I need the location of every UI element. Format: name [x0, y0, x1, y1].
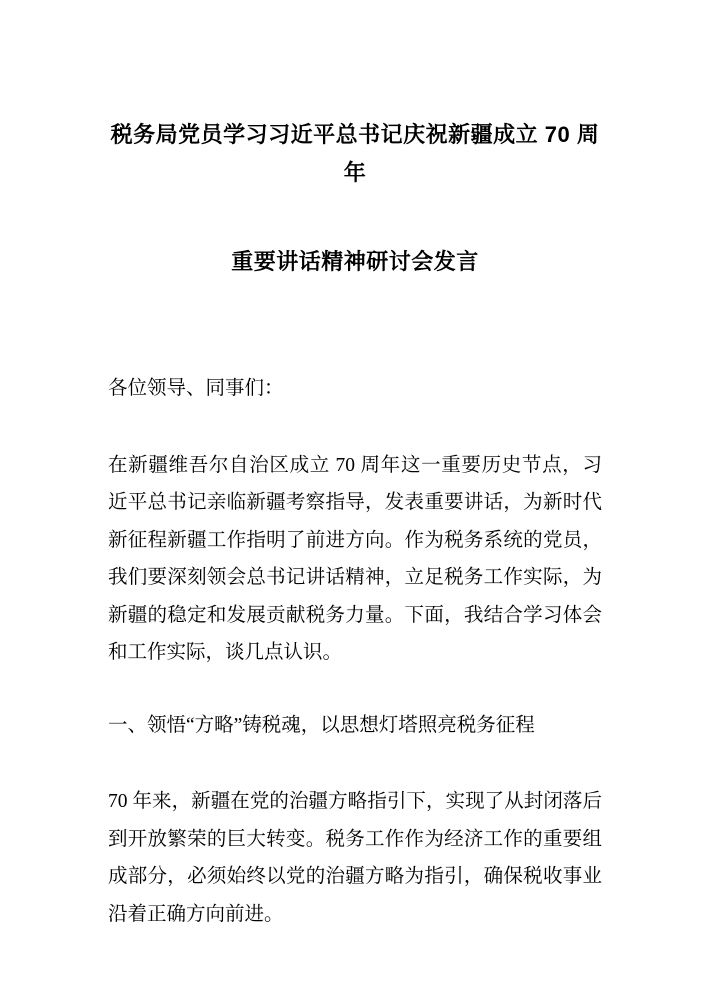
body-paragraph-2: 70 年来，新疆在党的治疆方略指引下，实现了从封闭落后到开放繁荣的巨大转变。税务… — [108, 783, 602, 933]
document-page: 税务局党员学习习近平总书记庆祝新疆成立 70 周年 重要讲话精神研讨会发言 各位… — [0, 0, 711, 1006]
document-title-line-1: 税务局党员学习习近平总书记庆祝新疆成立 70 周年 — [108, 116, 602, 192]
salutation-text: 各位领导、同事们： — [108, 370, 602, 408]
body-paragraph-1: 在新疆维吾尔自治区成立 70 周年这一重要历史节点，习近平总书记亲临新疆考察指导… — [108, 447, 602, 672]
document-title-line-2: 重要讲话精神研讨会发言 — [108, 243, 602, 281]
section-heading-1: 一、领悟“方略”铸税魂，以思想灯塔照亮税务征程 — [108, 707, 602, 745]
